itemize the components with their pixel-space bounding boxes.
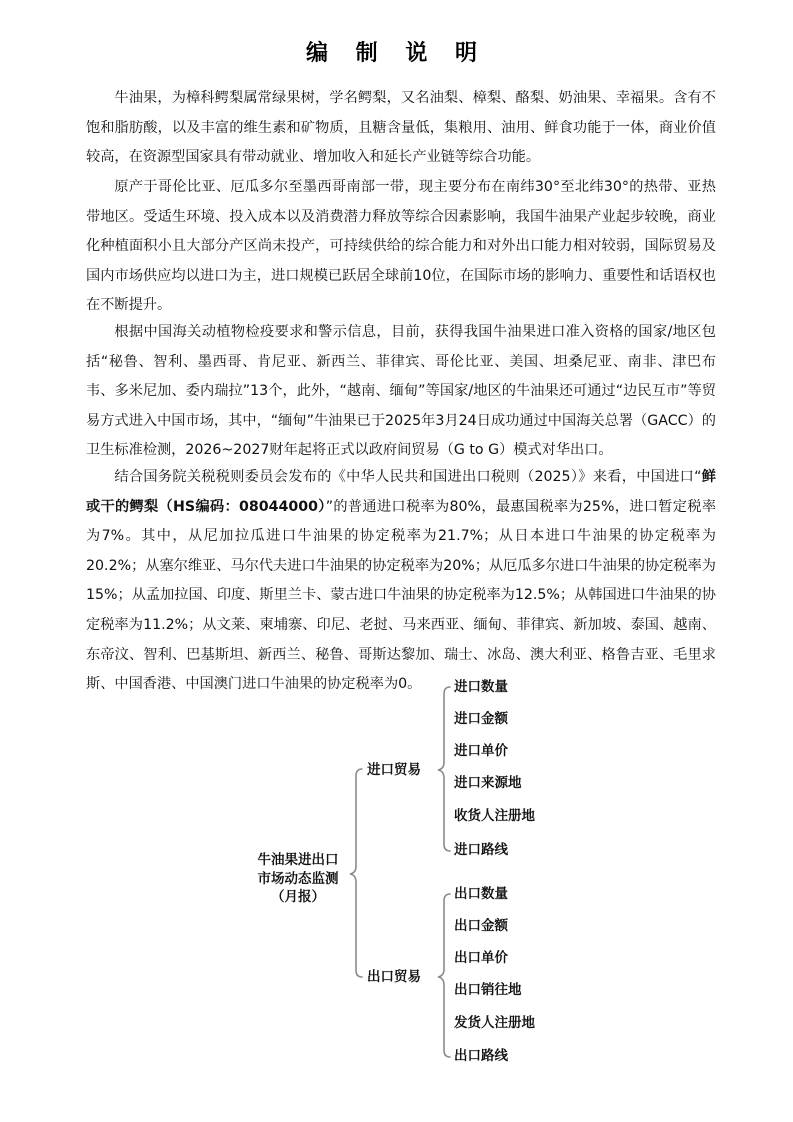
branch-import-trade: 进口贸易 bbox=[367, 761, 421, 779]
paragraph-origin: 原产于哥伦比亚、厄瓜多尔至墨西哥南部一带，现主要分布在南纬30°至北纬30°的热… bbox=[86, 173, 716, 321]
export-bracket bbox=[438, 894, 450, 1057]
diagram-root: 牛油果进出口 市场动态监测 （月报） bbox=[246, 851, 350, 907]
root-line-3: （月报） bbox=[246, 888, 350, 907]
import-item: 进口单价 bbox=[454, 742, 508, 760]
tariff-text-before: 结合国务院关税税则委员会发布的《中华人民共和国进出口税则（2025）》来看，中国… bbox=[114, 469, 701, 485]
export-item: 出口路线 bbox=[454, 1047, 508, 1065]
import-bracket bbox=[438, 687, 450, 851]
branch-export-trade: 出口贸易 bbox=[367, 968, 421, 986]
import-item: 进口金额 bbox=[454, 710, 508, 728]
root-line-1: 牛油果进出口 bbox=[246, 851, 350, 870]
import-item: 收货人注册地 bbox=[454, 807, 535, 825]
root-bracket bbox=[350, 769, 362, 977]
export-item: 出口单价 bbox=[454, 949, 508, 967]
export-item: 出口数量 bbox=[454, 885, 508, 903]
import-item: 进口路线 bbox=[454, 841, 508, 859]
export-item: 出口金额 bbox=[454, 917, 508, 935]
export-item: 发货人注册地 bbox=[454, 1014, 535, 1032]
paragraph-tariff: 结合国务院关税税则委员会发布的《中华人民共和国进出口税则（2025）》来看，中国… bbox=[86, 463, 716, 700]
paragraph-intro: 牛油果，为樟科鳄梨属常绿果树，学名鳄梨，又名油梨、樟梨、酪梨、奶油果、幸福果。含… bbox=[86, 84, 716, 173]
root-line-2: 市场动态监测 bbox=[246, 870, 350, 889]
paragraph-access: 根据中国海关动植物检疫要求和警示信息，目前，获得我国牛油果进口准入资格的国家/地… bbox=[86, 318, 716, 466]
page-title: 编 制 说 明 bbox=[0, 36, 793, 67]
tariff-text-after: ”的普通进口税率为80%，最惠国税率为25%，进口暂定税率为7%。其中，从尼加拉… bbox=[86, 499, 716, 693]
import-item: 进口数量 bbox=[454, 678, 508, 696]
import-item: 进口来源地 bbox=[454, 774, 522, 792]
export-item: 出口销往地 bbox=[454, 981, 522, 999]
